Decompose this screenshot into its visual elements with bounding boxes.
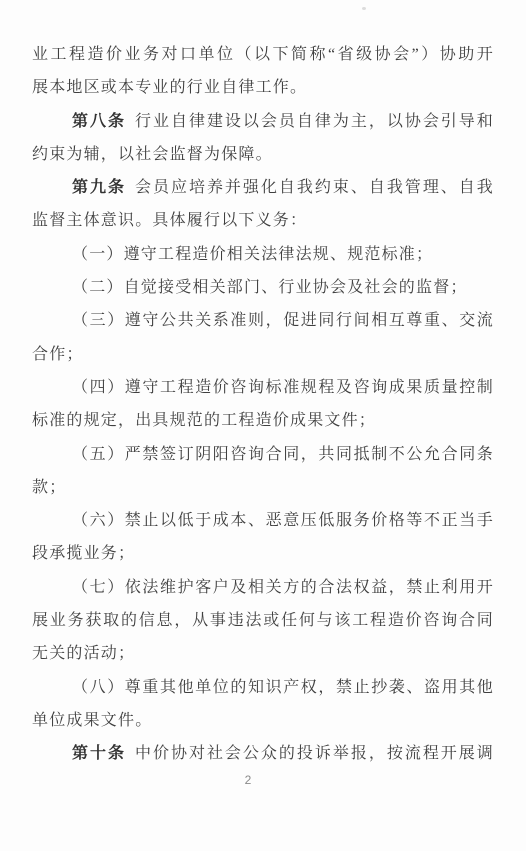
text-line: 展本地区或本专业的行业自律工作。 [32,71,494,104]
text-line: 合作； [32,338,494,371]
text-line: 约束为辅，以社会监督为保障。 [32,138,494,171]
scan-artifact-dot [362,7,366,10]
line-text: 业工程造价业务对口单位（以下简称“省级协会”）协助开 [32,46,494,63]
text-line: （三）遵守公共关系准则，促进同行间相互尊重、交流 [32,304,494,337]
page-body: 业工程造价业务对口单位（以下简称“省级协会”）协助开 展本地区或本专业的行业自律… [32,38,494,771]
line-text: 标准的规定，出具规范的工程造价成果文件； [32,412,376,429]
text-line: 第九条会员应培养并强化自我约束、自我管理、自我 [32,171,494,204]
line-text: 中价协对社会公众的投诉举报，按流程开展调 [135,745,494,762]
text-line: （二）自觉接受相关部门、行业协会及社会的监督； [32,271,494,304]
line-text: （二）自觉接受相关部门、行业协会及社会的监督； [72,279,468,296]
text-line: （五）严禁签订阴阳咨询合同，共同抵制不公允合同条 [32,438,494,471]
line-text: （一）遵守工程造价相关法律法规、规范标准； [72,246,433,263]
text-line: （四）遵守工程造价咨询标准规程及咨询成果质量控制 [32,371,494,404]
text-line: 展业务获取的信息，从事违法或任何与该工程造价咨询合同 [32,604,494,637]
text-line: （八）尊重其他单位的知识产权，禁止抄袭、盗用其他 [32,671,494,704]
line-text: 监督主体意识。具体履行以下义务： [32,212,307,229]
text-line: （七）依法维护客户及相关方的合法权益，禁止利用开 [32,571,494,604]
line-text: 行业自律建设以会员自律为主，以协会引导和 [135,113,494,130]
line-text: 约束为辅，以社会监督为保障。 [32,146,273,163]
line-text: 展本地区或本专业的行业自律工作。 [32,79,307,96]
article-heading-9: 第九条 [72,179,126,196]
line-text: （六）禁止以低于成本、恶意压低服务价格等不正当手 [72,512,494,529]
text-line: 款； [32,471,494,504]
text-line: 第八条行业自律建设以会员自律为主，以协会引导和 [32,105,494,138]
text-line: 监督主体意识。具体履行以下义务： [32,204,494,237]
line-text: （七）依法维护客户及相关方的合法权益，禁止利用开 [72,579,494,596]
line-text: 单位成果文件。 [32,712,152,729]
article-heading-8: 第八条 [72,113,126,130]
line-text: 款； [32,479,66,496]
line-text: 段承揽业务； [32,545,135,562]
text-line: （一）遵守工程造价相关法律法规、规范标准； [32,238,494,271]
line-text: 展业务获取的信息，从事违法或任何与该工程造价咨询合同 [32,612,494,629]
line-text: （五）严禁签订阴阳咨询合同，共同抵制不公允合同条 [72,446,494,463]
line-text: （八）尊重其他单位的知识产权，禁止抄袭、盗用其他 [72,679,494,696]
text-line: 段承揽业务； [32,537,494,570]
line-text: （四）遵守工程造价咨询标准规程及咨询成果质量控制 [72,379,494,396]
text-line: 无关的活动； [32,637,494,670]
line-text: 会员应培养并强化自我约束、自我管理、自我 [135,179,494,196]
line-text: （三）遵守公共关系准则，促进同行间相互尊重、交流 [72,312,494,329]
line-text: 无关的活动； [32,645,135,662]
text-line: 标准的规定，出具规范的工程造价成果文件； [32,404,494,437]
text-line: 业工程造价业务对口单位（以下简称“省级协会”）协助开 [32,38,494,71]
article-heading-10: 第十条 [72,745,126,762]
text-line: （六）禁止以低于成本、恶意压低服务价格等不正当手 [32,504,494,537]
line-text: 合作； [32,346,84,363]
page-number: 2 [0,773,496,787]
document-page: 业工程造价业务对口单位（以下简称“省级协会”）协助开 展本地区或本专业的行业自律… [0,0,526,851]
text-line: 单位成果文件。 [32,704,494,737]
text-line: 第十条中价协对社会公众的投诉举报，按流程开展调 [32,737,494,770]
